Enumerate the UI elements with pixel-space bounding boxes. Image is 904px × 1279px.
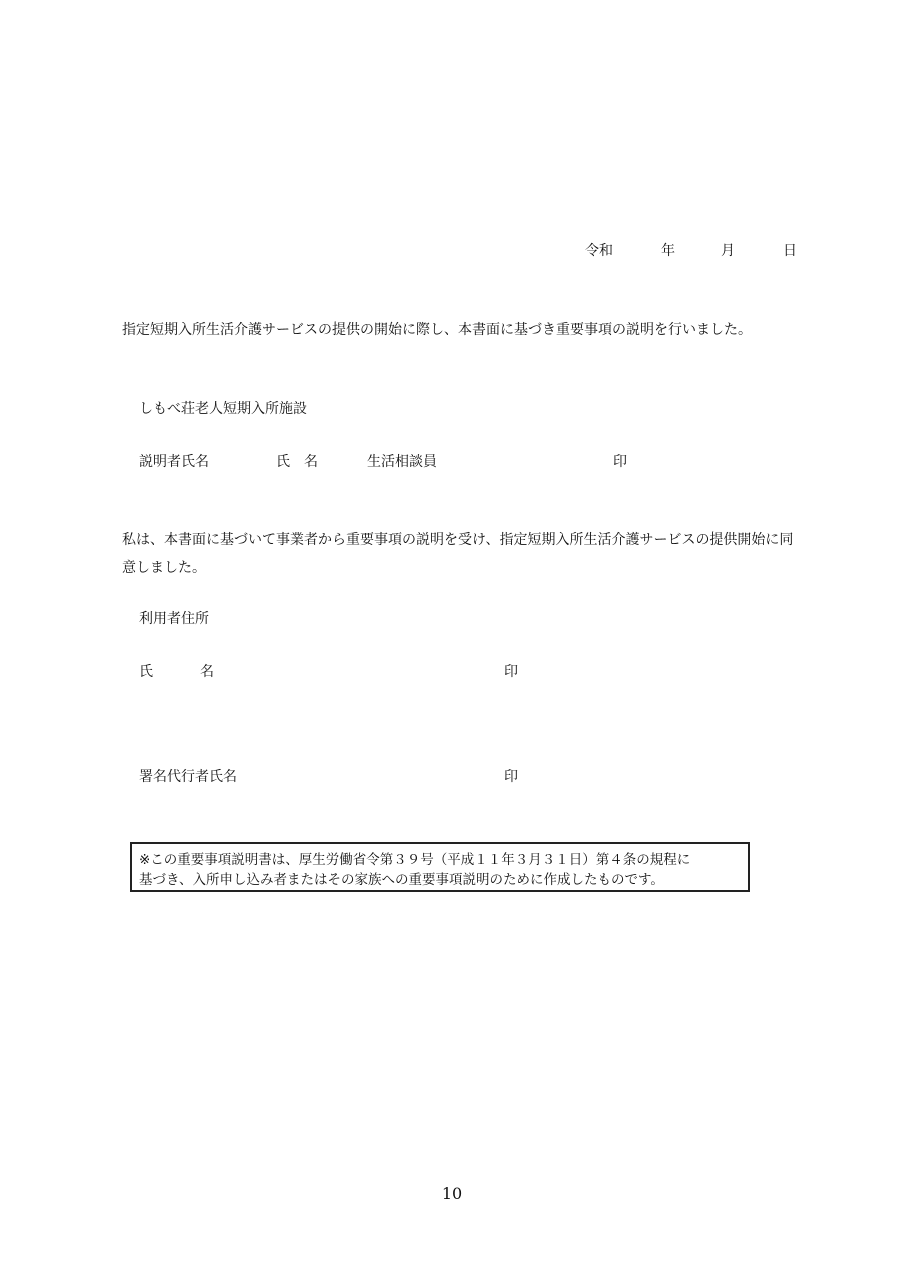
date-day-field: 日 xyxy=(783,244,797,258)
proxy-seal: 印 xyxy=(504,770,518,784)
user-address-label: 利用者住所 xyxy=(139,612,209,626)
proxy-label: 署名代行者氏名 xyxy=(139,770,237,784)
user-name-label-2: 名 xyxy=(200,665,214,679)
explanation-statement: 指定短期入所生活介護サービスの提供の開始に際し、本書面に基づき重要事項の説明を行… xyxy=(122,316,802,344)
facility-name: しもべ荘老人短期入所施設 xyxy=(139,402,307,416)
explainer-seal: 印 xyxy=(613,455,627,469)
explainer-title: 生活相談員 xyxy=(367,455,437,469)
date-era: 令和 xyxy=(585,244,613,258)
explainer-label: 説明者氏名 xyxy=(139,455,209,469)
consent-statement: 私は、本書面に基づいて事業者から重要事項の説明を受け、指定短期入所生活介護サービ… xyxy=(122,526,802,582)
user-seal: 印 xyxy=(504,665,518,679)
page-number: 10 xyxy=(0,1184,904,1203)
explainer-name-label: 氏 名 xyxy=(276,455,318,469)
date-year-field: 年 xyxy=(661,244,675,258)
date-month-field: 月 xyxy=(721,244,735,258)
notice-box: ※この重要事項説明書は、厚生労働省令第３９号（平成１１年３月３１日）第４条の規程… xyxy=(130,842,750,892)
user-name-label-1: 氏 xyxy=(139,665,153,679)
notice-line-2: 基づき、入所申し込み者またはその家族への重要事項説明のために作成したものです。 xyxy=(139,870,741,890)
notice-line-1: ※この重要事項説明書は、厚生労働省令第３９号（平成１１年３月３１日）第４条の規程… xyxy=(139,850,741,870)
